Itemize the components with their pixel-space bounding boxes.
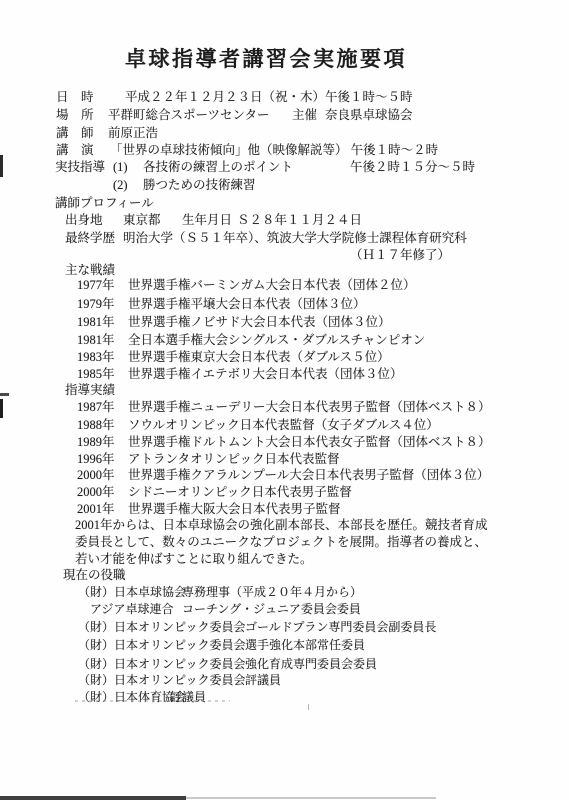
coaching-text: ソウルオリンピック日本代表監督（女子ダブルス４位） — [128, 416, 439, 434]
result-item: 1977年 世界選手権バーミンガム大会日本代表（団体２位） — [0, 276, 569, 294]
coaching-item: 2000年 世界選手権クアラルンプール大会日本代表男子監督（団体３位） — [0, 466, 569, 484]
meta-label-place: 場 所 — [56, 106, 94, 124]
meta-row-practical-2: (2) 勝つための技術練習 — [0, 176, 569, 194]
meta-value-lecture: 「世界の卓球技術傾向」他（映像解説等） — [110, 143, 348, 157]
result-text: 世界選手権平壌大会日本代表（団体３位） — [128, 295, 366, 313]
scan-artifact — [75, 700, 230, 702]
position-role: 専務理事（平成２０年４月から） — [182, 583, 362, 601]
scan-artifact — [0, 399, 3, 418]
coaching-text: 世界選手権ニューデリー大会日本代表男子監督（団体ベスト８） — [128, 398, 491, 416]
meta-label-practical: 実技指導 — [55, 158, 105, 176]
coaching-heading-row: 指導実績 — [0, 381, 569, 399]
practical-item-text-2: 勝つための技術練習 — [143, 176, 256, 194]
position-item: アジア卓球連合 コーチング・ジュニア委員会委員 — [0, 600, 569, 618]
position-item: （財）日本体育協会 評議員 — [0, 688, 569, 706]
page-title: 卓球指導者講習会実施要項 — [125, 48, 407, 70]
coaching-year: 2000年 — [77, 466, 115, 484]
birthplace-value: 東京都 — [123, 211, 161, 229]
education-row: 最終学歴 明治大学（Ｓ５１年卒）、筑波大学大学院修士課程体育研究科 — [0, 229, 569, 247]
scan-artifact — [186, 797, 436, 799]
coaching-item: 1989年 世界選手権ドルトムント大会日本代表女子監督（団体ベスト８） — [0, 433, 569, 451]
position-org: アジア卓球連合 — [90, 600, 174, 618]
position-item: （財）日本卓球協会 専務理事（平成２０年４月から） — [0, 583, 569, 601]
scan-artifact — [0, 155, 3, 177]
profile-heading-row: 講師プロフィール — [0, 194, 569, 212]
coaching-item: 1988年 ソウルオリンピック日本代表監督（女子ダブルス４位） — [0, 416, 569, 434]
birthdate-value: Ｓ２８年１１月２４日 — [237, 211, 362, 229]
meta-row-place: 場 所 平群町総合スポーツセンター 主催 奈良県卓球協会 — [0, 106, 569, 124]
result-year: 1979年 — [77, 295, 115, 313]
meta-row-date: 日 時 平成２２年１２月２３日（祝・木）午後１時～５時 — [0, 88, 569, 106]
position-role: 選手強化本部常任委員 — [245, 636, 365, 654]
result-year: 1983年 — [77, 348, 115, 366]
meta-label-lecturer: 講 師 — [56, 124, 94, 142]
coaching-year: 1988年 — [77, 416, 115, 434]
scan-artifact — [0, 796, 186, 800]
coaching-note-text: 委員長として、数々のユニークなプロジェクトを展開。指導者の養成と、 — [75, 533, 487, 551]
result-year: 1981年 — [77, 331, 115, 349]
position-role: 評議員 — [245, 671, 281, 689]
profile-birth-row: 出身地 東京都 生年月日 Ｓ２８年１１月２４日 — [0, 211, 569, 229]
practical-item-number-2: (2) — [113, 176, 128, 194]
result-item: 1981年 世界選手権ノビサド大会日本代表（団体３位） — [0, 313, 569, 331]
meta-label-date: 日 時 — [56, 88, 94, 106]
result-year: 1977年 — [77, 276, 115, 294]
coaching-year: 2000年 — [77, 483, 115, 501]
coaching-year: 1989年 — [77, 433, 115, 451]
coaching-year: 1987年 — [77, 398, 115, 416]
scan-artifact — [0, 393, 9, 396]
birthplace-label: 出身地 — [65, 211, 103, 229]
coaching-text: 世界選手権ドルトムント大会日本代表女子監督（団体ベスト８） — [128, 433, 491, 451]
position-org: （財）日本オリンピック委員会 — [78, 618, 246, 636]
meta-row-practical-1: 実技指導 (1) 各技術の練習上のポイント 午後２時１５分～５時 — [0, 158, 569, 176]
position-org: （財）日本オリンピック委員会 — [78, 636, 246, 654]
position-org: （財）日本卓球協会 — [78, 583, 186, 601]
coaching-text: 世界選手権クアラルンプール大会日本代表男子監督（団体３位） — [128, 466, 489, 484]
result-item: 1981年 全日本選手権大会シングルス・ダブルスチャンピオン — [0, 331, 569, 349]
position-item: （財）日本オリンピック委員会 選手強化本部常任委員 — [0, 636, 569, 654]
practical-item-number-1: (1) — [113, 158, 128, 176]
result-item: 1979年 世界選手権平壌大会日本代表（団体３位） — [0, 295, 569, 313]
positions-heading: 現在の役職 — [63, 566, 126, 584]
scan-artifact — [308, 704, 309, 710]
result-item: 1983年 世界選手権東京大会日本代表（ダブルス５位） — [0, 348, 569, 366]
meta-label-lecture: 講 演 — [56, 141, 94, 159]
meta-row-lecturer: 講 師 前原正浩 — [0, 124, 569, 142]
result-text: 世界選手権東京大会日本代表（ダブルス５位） — [128, 348, 390, 366]
organizer-value: 奈良県卓球協会 — [325, 106, 413, 124]
education-label: 最終学歴 — [65, 229, 115, 247]
meta-value-date: 平成２２年１２月２３日（祝・木）午後１時～５時 — [125, 88, 413, 106]
result-year: 1981年 — [77, 313, 115, 331]
result-text: 世界選手権ノビサド大会日本代表（団体３位） — [128, 313, 391, 331]
meta-value-lecturer: 前原正浩 — [108, 124, 158, 142]
position-role: 評議員 — [170, 688, 206, 706]
position-role: コーチング・ジュニア委員会委員 — [182, 600, 361, 618]
result-text: 全日本選手権大会シングルス・ダブルスチャンピオン — [128, 331, 425, 349]
meta-value-place: 平群町総合スポーツセンター — [108, 106, 270, 124]
education-value: 明治大学（Ｓ５１年卒）、筑波大学大学院修士課程体育研究科 — [123, 229, 467, 247]
coaching-note-line: 2001年からは、日本卓球協会の強化副本部長、本部長を歴任。競技者育成 — [0, 516, 569, 534]
position-item: （財）日本オリンピック委員会 ゴールドプラン専門委員会副委員長 — [0, 618, 569, 636]
meta-value-lecture-wrap: 「世界の卓球技術傾向」他（映像解説等） 午後１時～２時 — [110, 141, 438, 159]
birthdate-label: 生年月日 — [182, 211, 232, 229]
coaching-text: シドニーオリンピック日本代表男子監督 — [128, 483, 352, 501]
coaching-heading: 指導実績 — [65, 381, 115, 399]
position-item: （財）日本オリンピック委員会 評議員 — [0, 671, 569, 689]
coaching-item: 2000年 シドニーオリンピック日本代表男子監督 — [0, 483, 569, 501]
coaching-note-text: 2001年からは、日本卓球協会の強化副本部長、本部長を歴任。競技者育成 — [75, 516, 488, 534]
position-role: ゴールドプラン専門委員会副委員長 — [245, 618, 436, 636]
practical-item-text-1: 各技術の練習上のポイント — [143, 158, 293, 176]
meta-time-lecture: 午後１時～２時 — [351, 143, 439, 157]
profile-heading: 講師プロフィール — [55, 194, 154, 212]
result-text: 世界選手権バーミンガム大会日本代表（団体２位） — [128, 276, 416, 294]
positions-heading-row: 現在の役職 — [0, 566, 569, 584]
scanned-document-page: 卓球指導者講習会実施要項 日 時 平成２２年１２月２３日（祝・木）午後１時～５時… — [0, 0, 569, 800]
coaching-note-line: 委員長として、数々のユニークなプロジェクトを展開。指導者の養成と、 — [0, 533, 569, 551]
coaching-item: 1987年 世界選手権ニューデリー大会日本代表男子監督（団体ベスト８） — [0, 398, 569, 416]
meta-row-lecture: 講 演 「世界の卓球技術傾向」他（映像解説等） 午後１時～２時 — [0, 141, 569, 159]
organizer-label: 主催 — [292, 106, 317, 124]
practical-time: 午後２時１５分～５時 — [350, 158, 475, 176]
position-org: （財）日本オリンピック委員会 — [78, 671, 246, 689]
